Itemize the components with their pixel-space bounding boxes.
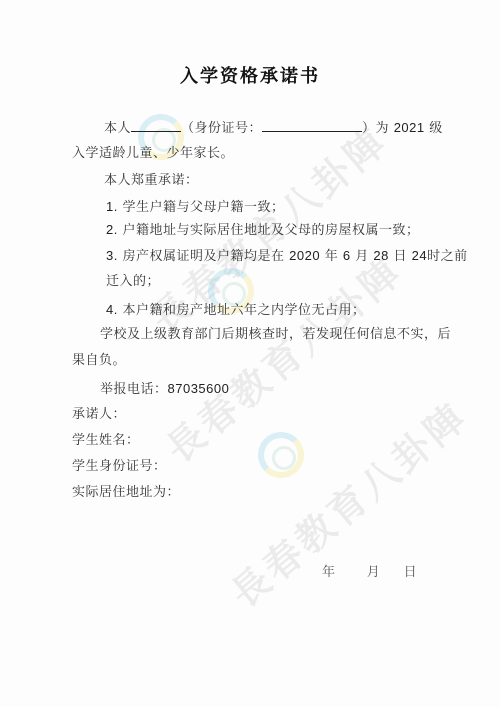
pledge-item-4: 4. 本户籍和房产地址六年之内学位无占用；: [106, 302, 366, 319]
intro-suffix-b: 级: [429, 121, 443, 136]
date-day: 日: [404, 565, 418, 580]
consequence-line-2: 果自负。: [72, 353, 126, 369]
watermark-text: 長春教育八卦陣: [217, 387, 478, 618]
pledge-item-3: 3. 房产权属证明及户籍均是在 2020 年 6 月 28 日 24时之前: [106, 248, 468, 265]
deadline-month: 6: [343, 248, 351, 263]
item-number: 4.: [106, 302, 118, 317]
intro-prefix: 本人: [104, 121, 131, 136]
name-blank-field[interactable]: [131, 119, 181, 132]
item-text: 时之前: [427, 249, 468, 264]
student-name-field: 学生姓名：: [72, 433, 140, 449]
date-year: 年: [322, 565, 336, 580]
residence-address-field: 实际居住地址为：: [72, 485, 180, 501]
item-text: 年: [325, 249, 339, 264]
item-text: 月: [355, 249, 369, 264]
pledge-item-2: 2. 户籍地址与实际居住地址及父母的房屋权属一致；: [106, 222, 420, 239]
enrollment-year: 2021: [394, 120, 425, 135]
date-month: 月: [367, 565, 381, 580]
pledge-item-3-continuation: 迁入的；: [106, 274, 160, 290]
deadline-hour: 24: [412, 248, 427, 263]
pledge-item-1: 1. 学生户籍与父母户籍一致；: [106, 199, 285, 216]
item-text: 日: [394, 249, 408, 264]
intro-line-1: 本人（身份证号：）为 2021 级: [104, 119, 443, 137]
item-number: 3.: [106, 248, 118, 263]
date-line: 年 月 日: [322, 565, 417, 581]
hotline-label: 举报电话：: [100, 382, 168, 397]
intro-suffix-a: ）为: [362, 121, 389, 136]
item-text: 房产权属证明及户籍均是在: [122, 249, 284, 264]
hotline-number: 87035600: [168, 381, 230, 396]
pledger-field: 承诺人：: [72, 407, 126, 423]
item-text: 户籍地址与实际居住地址及父母的房屋权属一致；: [122, 223, 419, 238]
watermark-logo-icon: [258, 432, 304, 478]
consequence-line-1: 学校及上级教育部门后期核查时，若发现任何信息不实，后: [100, 327, 451, 343]
watermark-text: 長春教育八卦陣: [152, 242, 413, 473]
intro-line-2: 入学适龄儿童、少年家长。: [72, 146, 234, 162]
item-number: 1.: [106, 199, 118, 214]
pledge-heading: 本人郑重承诺：: [104, 173, 199, 189]
id-label: （身份证号：: [181, 121, 262, 136]
document-page: 長春教育八卦陣 長春教育八卦陣 長春教育八卦陣 入学资格承诺书 本人（身份证号：…: [0, 0, 500, 707]
student-id-field: 学生身份证号：: [72, 459, 167, 475]
deadline-year: 2020: [289, 248, 320, 263]
id-number-blank-field[interactable]: [262, 119, 362, 132]
document-title: 入学资格承诺书: [0, 62, 500, 88]
item-text: 本户籍和房产地址六年之内学位无占用；: [122, 303, 365, 318]
item-text: 学生户籍与父母户籍一致；: [122, 200, 284, 215]
deadline-day: 28: [373, 248, 388, 263]
item-number: 2.: [106, 222, 118, 237]
hotline: 举报电话：87035600: [100, 381, 229, 398]
